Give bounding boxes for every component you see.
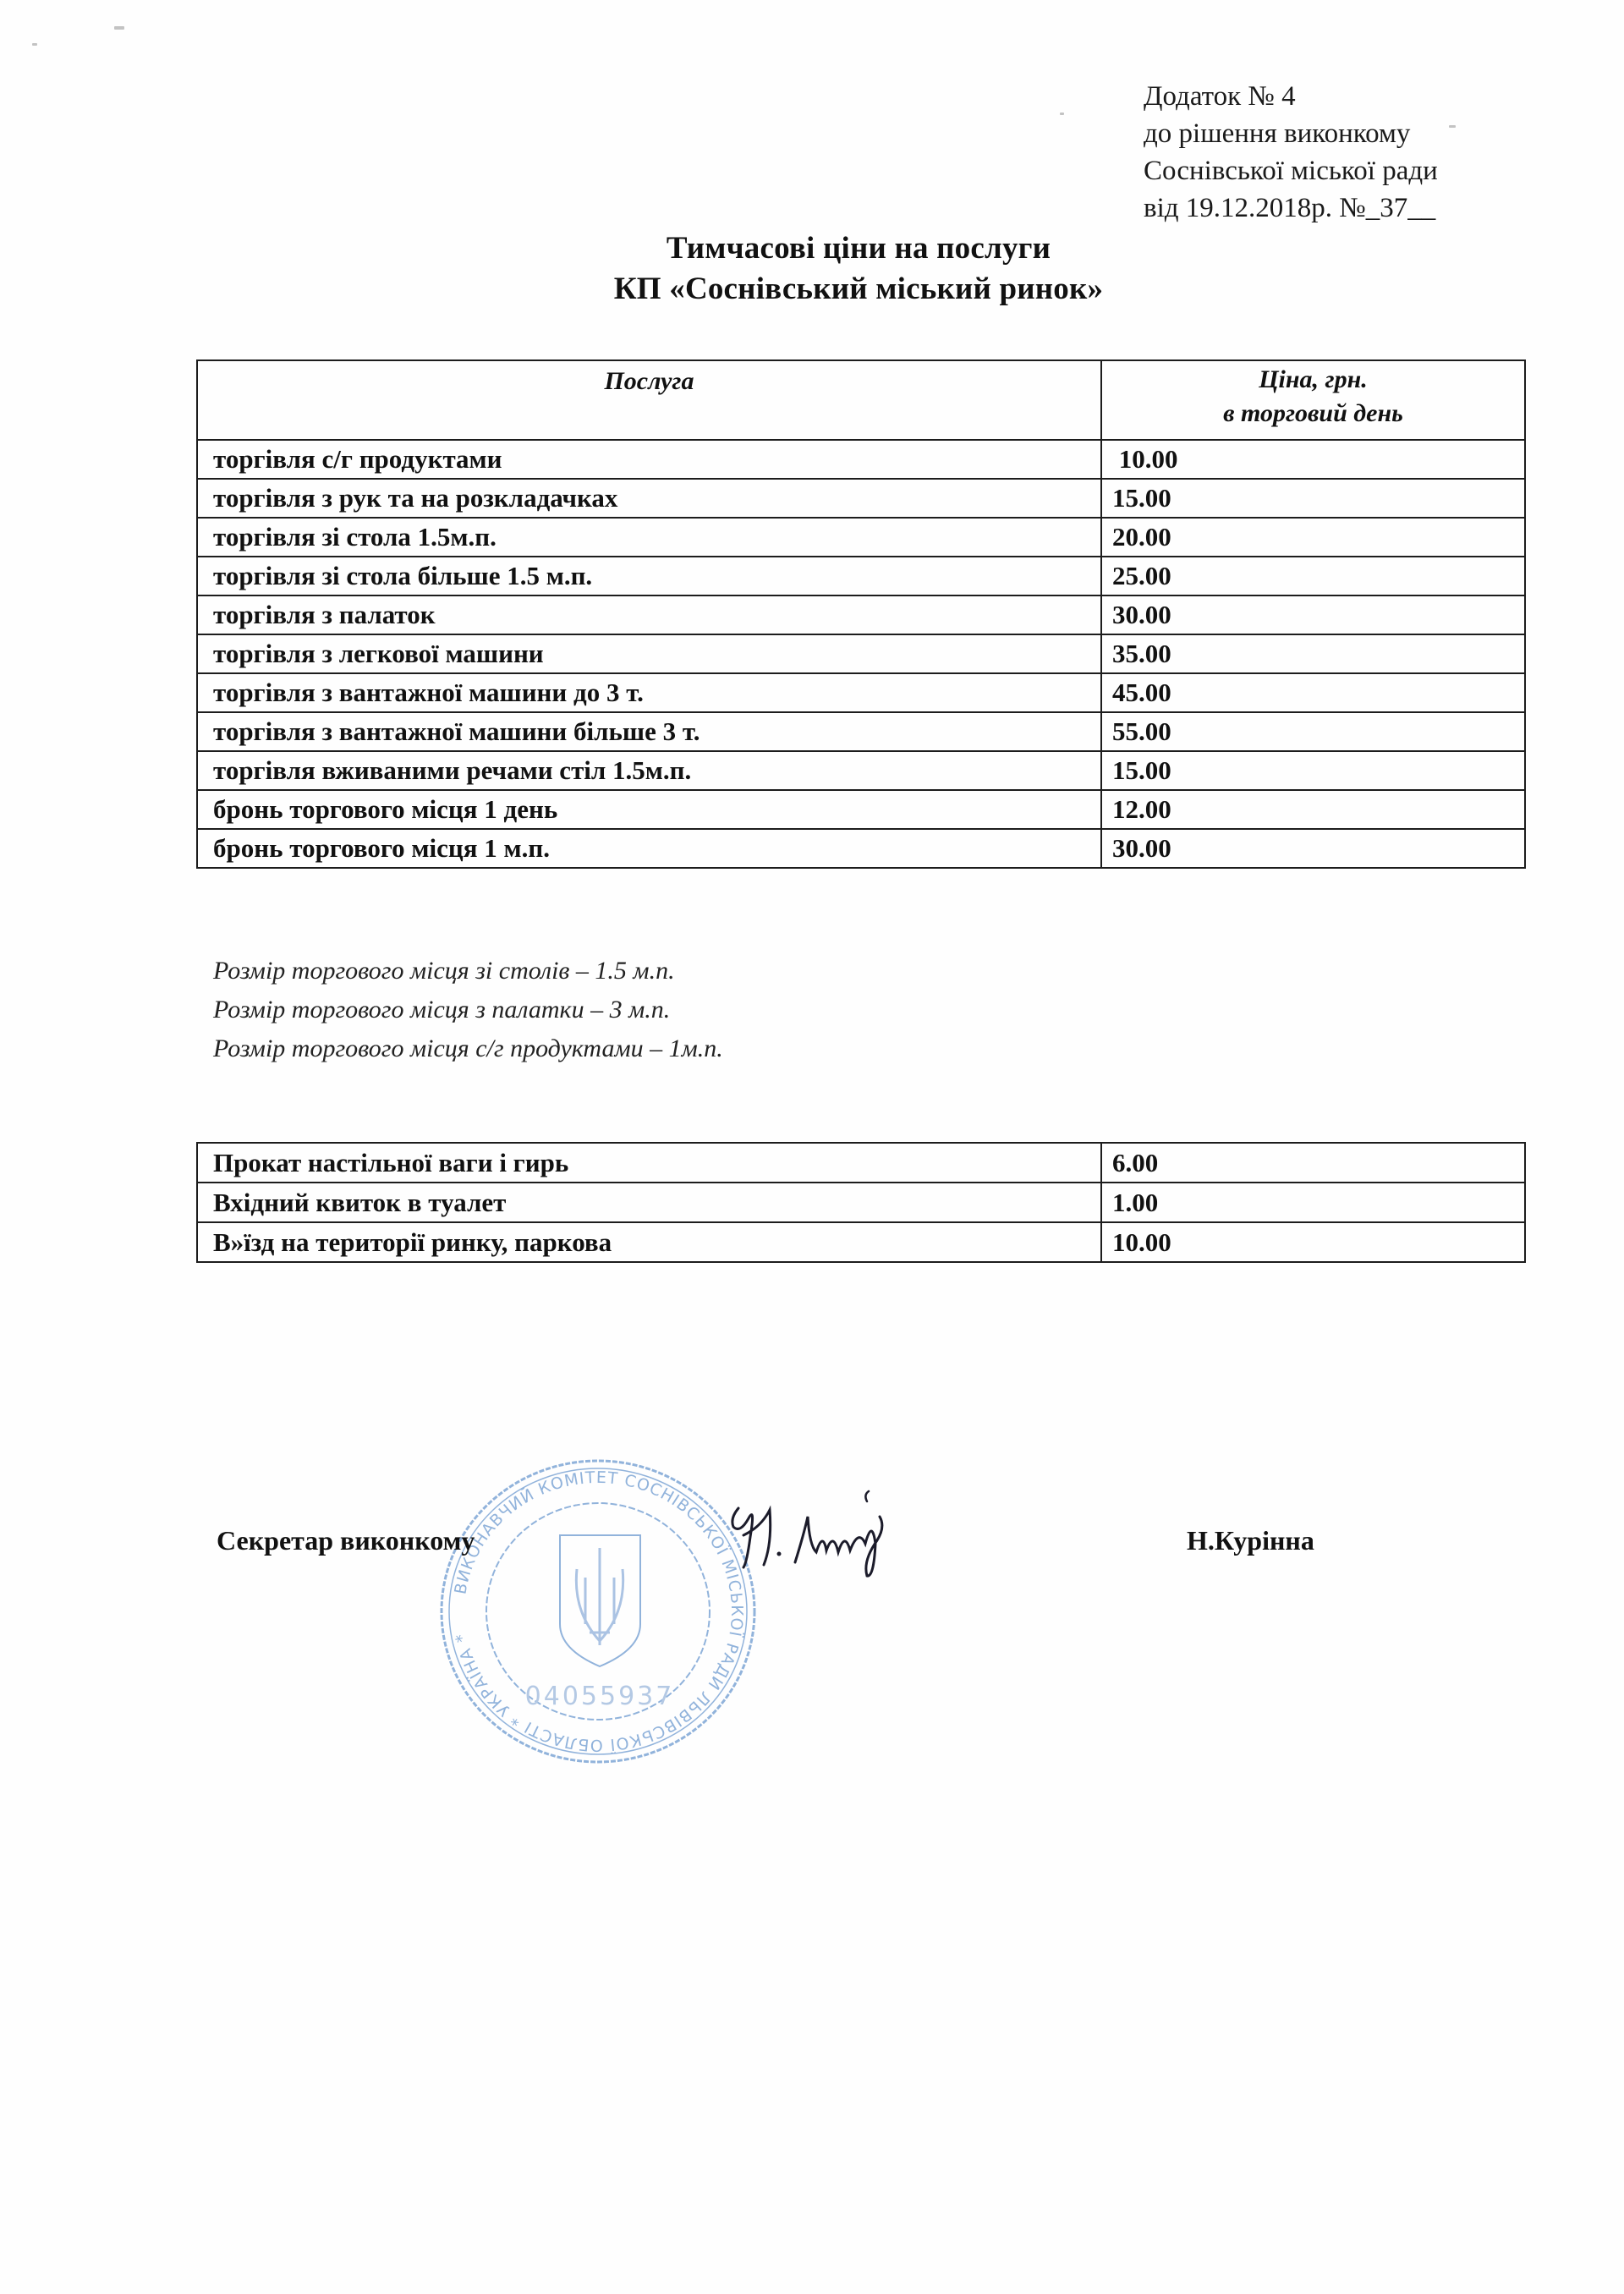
service-cell: торгівля з вантажної машини до 3 т.: [197, 673, 1101, 712]
table-row: торгівля с/г продуктами 10.00: [197, 440, 1525, 479]
annex-decision: до рішення виконкому: [1144, 115, 1438, 152]
signature-scribble-icon: [723, 1485, 943, 1578]
header-price-line-1: Ціна, грн.: [1102, 363, 1524, 397]
service-cell: торгівля з рук та на розкладачках: [197, 479, 1101, 518]
service-cell: Прокат настільної ваги і гирь: [197, 1143, 1101, 1183]
service-cell: торгівля вживаними речами стіл 1.5м.п.: [197, 751, 1101, 790]
table-header-row: Послуга Ціна, грн. в торговий день: [197, 360, 1525, 440]
table-row: бронь торгового місця 1 м.п. 30.00: [197, 829, 1525, 868]
table-row: торгівля з рук та на розкладачках 15.00: [197, 479, 1525, 518]
price-cell: 10.00: [1101, 1222, 1525, 1262]
price-cell: 15.00: [1101, 479, 1525, 518]
price-cell: 30.00: [1101, 829, 1525, 868]
annex-reference: Додаток № 4 до рішення виконкому Соснівс…: [1144, 78, 1438, 227]
document-page: Додаток № 4 до рішення виконкому Соснівс…: [0, 0, 1624, 2294]
scan-speck: [32, 43, 37, 46]
signatory-position: Секретар виконкому: [217, 1525, 475, 1556]
title-line-1: Тимчасові ціни на послуги: [0, 228, 1624, 269]
title-line-2: КП «Соснівський міський ринок»: [0, 269, 1624, 310]
price-cell: 6.00: [1101, 1143, 1525, 1183]
table-row: В»їзд на території ринку, паркова 10.00: [197, 1222, 1525, 1262]
header-price-line-2: в торговий день: [1102, 397, 1524, 431]
price-cell: 55.00: [1101, 712, 1525, 751]
price-cell: 45.00: [1101, 673, 1525, 712]
size-notes: Розмір торгового місця зі столів – 1.5 м…: [213, 952, 723, 1068]
service-cell: торгівля с/г продуктами: [197, 440, 1101, 479]
note-line: Розмір торгового місця с/г продуктами – …: [213, 1029, 723, 1068]
table-row: торгівля з вантажної машини більше 3 т. …: [197, 712, 1525, 751]
service-cell: торгівля зі стола більше 1.5 м.п.: [197, 557, 1101, 595]
service-cell: бронь торгового місця 1 м.п.: [197, 829, 1101, 868]
price-cell: 35.00: [1101, 634, 1525, 673]
table-row: торгівля зі стола 1.5м.п. 20.00: [197, 518, 1525, 557]
table-row: Прокат настільної ваги і гирь 6.00: [197, 1143, 1525, 1183]
document-title: Тимчасові ціни на послуги КП «Соснівськи…: [0, 228, 1624, 310]
table-row: торгівля зі стола більше 1.5 м.п. 25.00: [197, 557, 1525, 595]
service-cell: бронь торгового місця 1 день: [197, 790, 1101, 829]
table-row: торгівля вживаними речами стіл 1.5м.п. 1…: [197, 751, 1525, 790]
service-cell: торгівля з палаток: [197, 595, 1101, 634]
signatory-name: Н.Курінна: [1187, 1525, 1314, 1556]
price-cell: 12.00: [1101, 790, 1525, 829]
header-price: Ціна, грн. в торговий день: [1101, 360, 1525, 440]
table-row: торгівля з легкової машини 35.00: [197, 634, 1525, 673]
stamp-seal-icon: ВИКОНАВЧИЙ КОМІТЕТ СОСНІВСЬКОЇ МІСЬКОЇ Р…: [433, 1451, 763, 1772]
header-service: Послуга: [197, 360, 1101, 440]
price-cell: 20.00: [1101, 518, 1525, 557]
service-cell: Вхідний квиток в туалет: [197, 1183, 1101, 1222]
price-cell: 25.00: [1101, 557, 1525, 595]
annex-council: Соснівської міської ради: [1144, 152, 1438, 189]
table-row: торгівля з вантажної машини до 3 т. 45.0…: [197, 673, 1525, 712]
price-cell: 1.00: [1101, 1183, 1525, 1222]
price-table: Послуга Ціна, грн. в торговий день торгі…: [196, 359, 1526, 869]
price-cell: 30.00: [1101, 595, 1525, 634]
table-row: Вхідний квиток в туалет 1.00: [197, 1183, 1525, 1222]
annex-number: Додаток № 4: [1144, 78, 1438, 115]
service-cell: торгівля зі стола 1.5м.п.: [197, 518, 1101, 557]
service-cell: торгівля з легкової машини: [197, 634, 1101, 673]
scan-speck: [1449, 125, 1456, 128]
note-line: Розмір торгового місця з палатки – 3 м.п…: [213, 991, 723, 1029]
official-stamp: ВИКОНАВЧИЙ КОМІТЕТ СОСНІВСЬКОЇ МІСЬКОЇ Р…: [433, 1451, 763, 1772]
stamp-code: 04055937: [525, 1682, 675, 1711]
service-cell: торгівля з вантажної машини більше 3 т.: [197, 712, 1101, 751]
table-row: бронь торгового місця 1 день 12.00: [197, 790, 1525, 829]
scan-speck: [1060, 113, 1064, 115]
handwritten-signature: [723, 1485, 943, 1578]
note-line: Розмір торгового місця зі столів – 1.5 м…: [213, 952, 723, 991]
table-row: торгівля з палаток 30.00: [197, 595, 1525, 634]
price-cell: 15.00: [1101, 751, 1525, 790]
extra-services-table: Прокат настільної ваги і гирь 6.00 Вхідн…: [196, 1142, 1526, 1263]
service-cell: В»їзд на території ринку, паркова: [197, 1222, 1101, 1262]
scan-speck: [114, 26, 124, 30]
price-cell: 10.00: [1101, 440, 1525, 479]
annex-date: від 19.12.2018р. №_37__: [1144, 189, 1438, 227]
